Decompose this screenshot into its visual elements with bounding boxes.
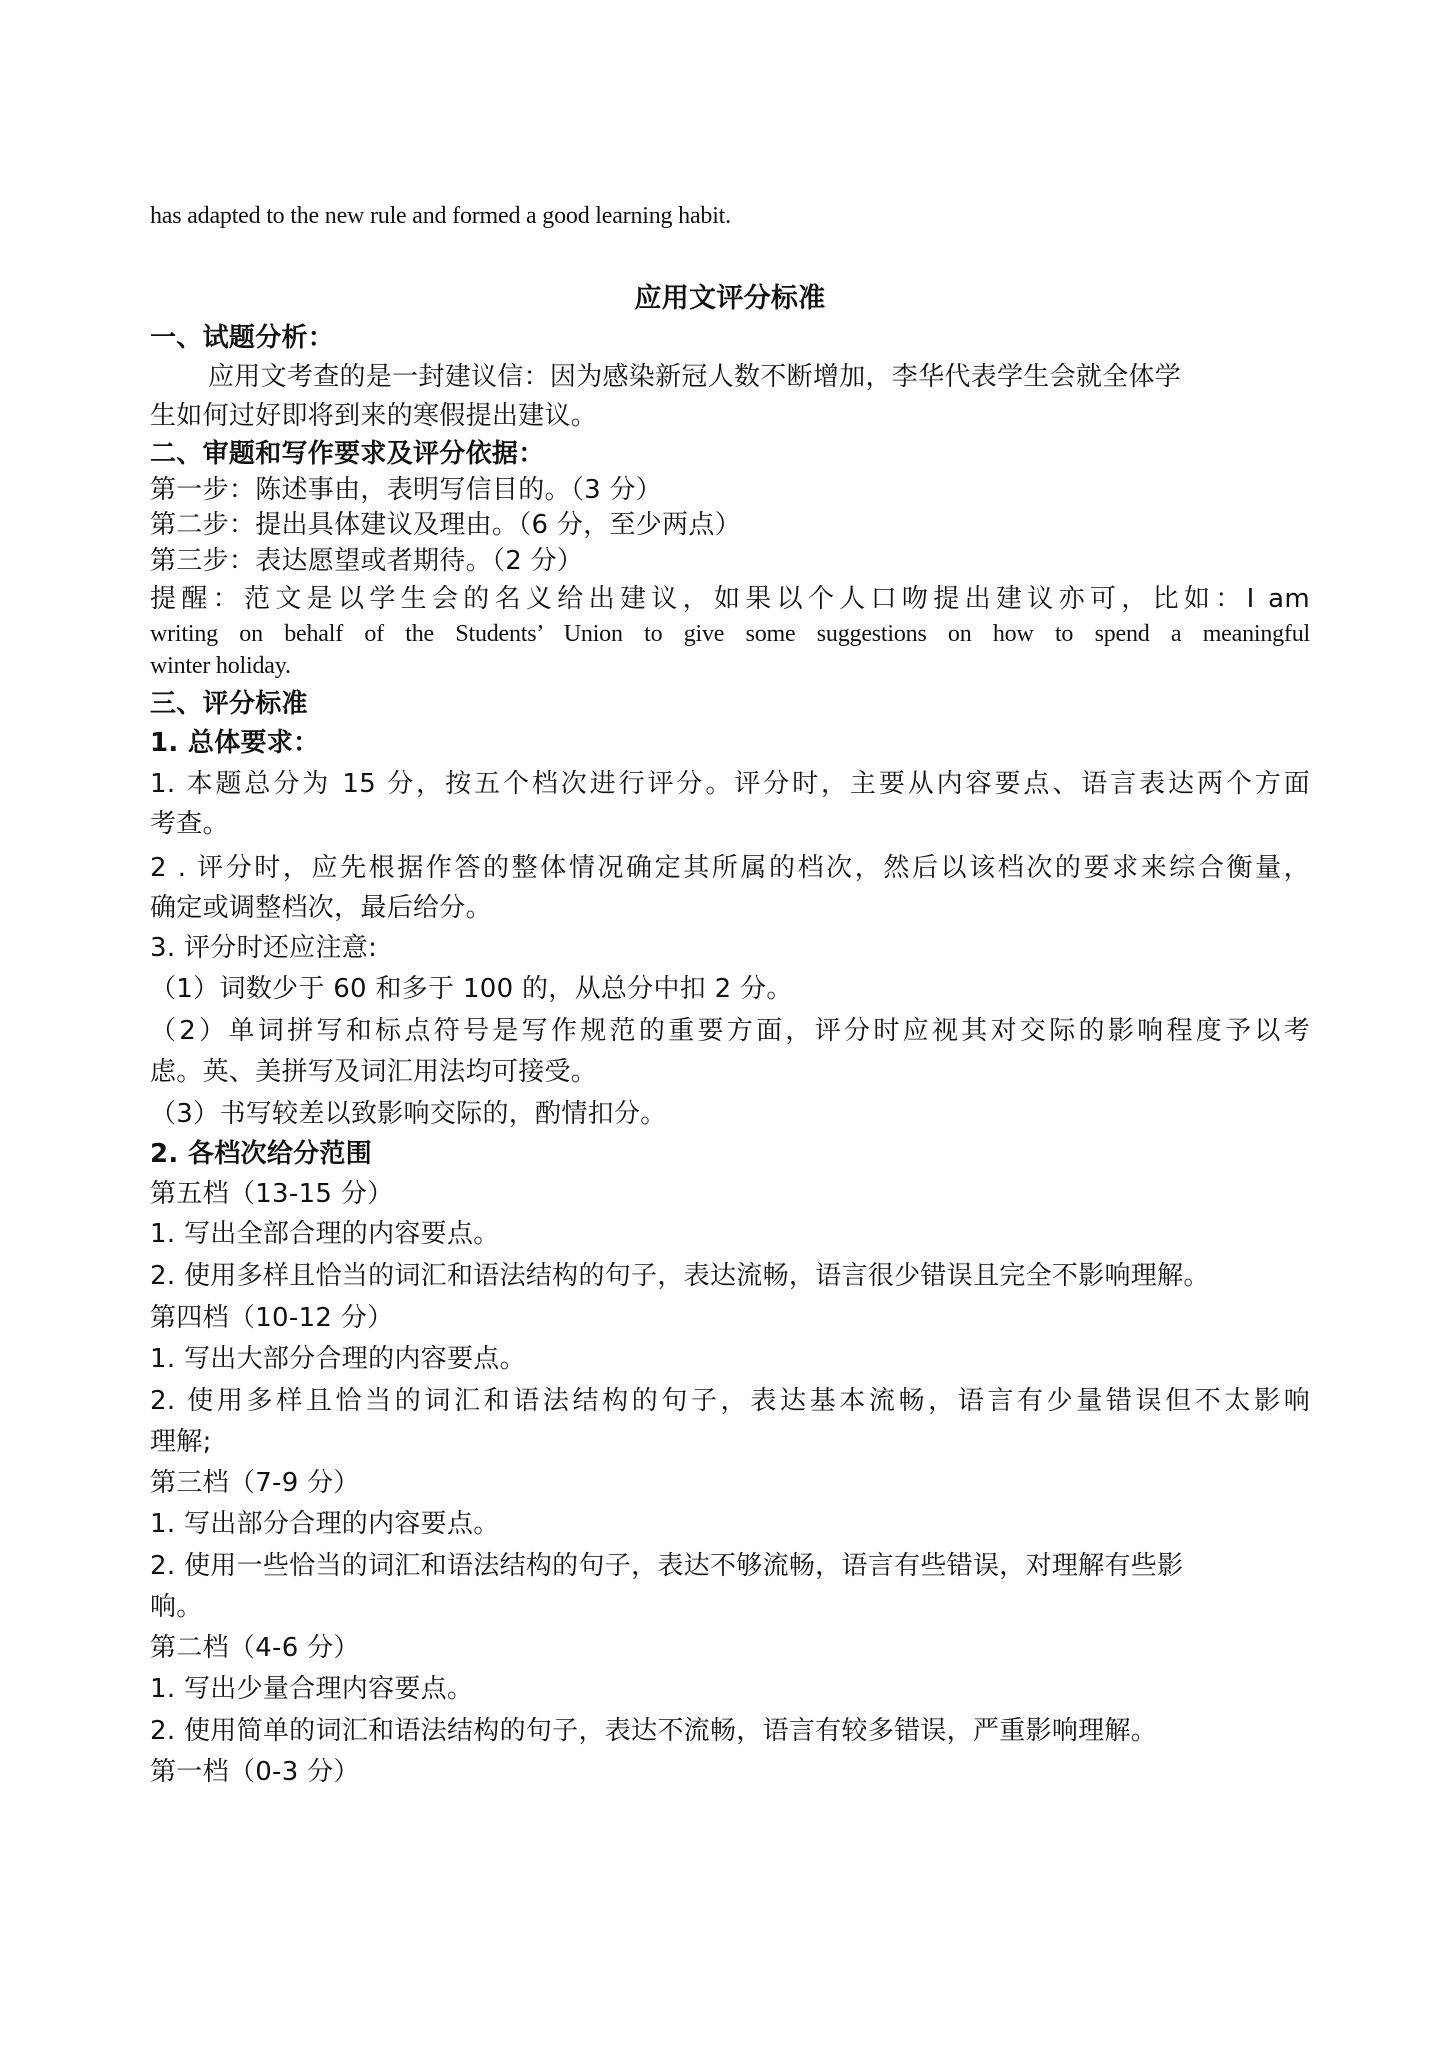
- rule-line: 1. 本题总分为 15 分，按五个档次进行评分。评分时，主要从内容要点、语言表达…: [150, 768, 1310, 800]
- sub1-heading: 1. 总体要求：: [150, 727, 319, 759]
- rule-line: （1）词数少于 60 和多于 100 的，从总分中扣 2 分。: [150, 973, 793, 1005]
- band-line: 1. 写出部分合理的内容要点。: [150, 1508, 500, 1540]
- band-label: 第二档（4-6 分）: [150, 1632, 360, 1664]
- rule-line: 3. 评分时还应注意:: [150, 932, 377, 964]
- reminder-line: winter holiday.: [150, 650, 291, 682]
- band-label: 第四档（10-12 分）: [150, 1302, 393, 1334]
- band-line: 2. 使用多样且恰当的词汇和语法结构的句子，表达流畅，语言很少错误且完全不影响理…: [150, 1260, 1210, 1292]
- band-label: 第五档（13-15 分）: [150, 1178, 393, 1210]
- band-line: 理解;: [150, 1426, 212, 1458]
- rule-line: （2）单词拼写和标点符号是写作规范的重要方面，评分时应视其对交际的影响程度予以考: [150, 1015, 1310, 1047]
- rule-line: 考查。: [150, 808, 229, 840]
- band-line: 2. 使用简单的词汇和语法结构的句子，表达不流畅，语言有较多错误，严重影响理解。: [150, 1715, 1157, 1747]
- reminder-line: writing on behalf of the Students’ Union…: [150, 618, 1310, 650]
- reminder-line: 提醒：范文是以学生会的名义给出建议，如果以个人口吻提出建议亦可，比如：I am: [150, 583, 1310, 615]
- band-line: 响。: [150, 1591, 203, 1623]
- band-line: 1. 写出少量合理内容要点。: [150, 1673, 473, 1705]
- step-1: 第一步：陈述事由，表明写信目的。（3 分）: [150, 474, 662, 506]
- section1-paragraph-line: 应用文考查的是一封建议信：因为感染新冠人数不断增加，李华代表学生会就全体学: [150, 361, 1181, 393]
- step-2: 第二步：提出具体建议及理由。（6 分，至少两点）: [150, 509, 741, 541]
- rule-line: （3）书写较差以致影响交际的，酌情扣分。: [150, 1098, 667, 1130]
- rule-line: 虑。英、美拼写及词汇用法均可接受。: [150, 1056, 597, 1088]
- rule-line: 确定或调整档次，最后给分。: [150, 892, 492, 924]
- sub2-heading: 2. 各档次给分范围: [150, 1138, 372, 1170]
- section1-paragraph-line: 生如何过好即将到来的寒假提出建议。: [150, 400, 597, 432]
- band-label: 第一档（0-3 分）: [150, 1756, 360, 1788]
- band-line: 1. 写出全部合理的内容要点。: [150, 1218, 500, 1250]
- band-label: 第三档（7-9 分）: [150, 1467, 360, 1499]
- band-line: 2. 使用多样且恰当的词汇和语法结构的句子，表达基本流畅，语言有少量错误但不太影…: [150, 1385, 1310, 1417]
- document-title: 应用文评分标准: [150, 283, 1310, 315]
- section2-heading: 二、审题和写作要求及评分依据：: [150, 438, 545, 470]
- carryover-text: has adapted to the new rule and formed a…: [150, 200, 731, 232]
- step-3: 第三步：表达愿望或者期待。（2 分）: [150, 545, 583, 577]
- band-line: 1. 写出大部分合理的内容要点。: [150, 1343, 526, 1375]
- rule-line: 2 . 评分时，应先根据作答的整体情况确定其所属的档次，然后以该档次的要求来综合…: [150, 852, 1310, 884]
- band-line: 2. 使用一些恰当的词汇和语法结构的句子，表达不够流畅，语言有些错误，对理解有些…: [150, 1550, 1183, 1582]
- section3-heading: 三、评分标准: [150, 688, 308, 720]
- section1-heading: 一、试题分析：: [150, 322, 334, 354]
